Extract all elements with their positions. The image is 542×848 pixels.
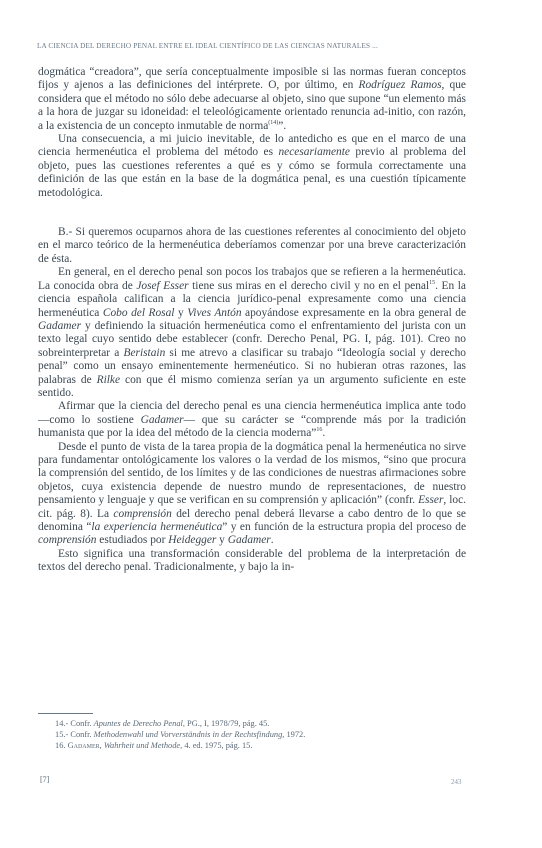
footnotes: 14.- Confr. Apuntes de Derecho Penal, PG… bbox=[55, 718, 435, 751]
author-name: Beristain bbox=[124, 347, 166, 359]
author-name: Gadamer bbox=[65, 741, 99, 750]
text: apoyándose expresamente en la obra gener… bbox=[242, 307, 466, 319]
text: Confr. bbox=[68, 730, 93, 739]
emphasis: comprensión bbox=[113, 508, 171, 520]
author-name: Josef Esser bbox=[136, 280, 188, 292]
work-title: Methodenwahl und Vorverständnis in der R… bbox=[94, 730, 283, 739]
paragraph-6: Desde el punto de vista de la tarea prop… bbox=[38, 441, 466, 548]
author-name: Gadamer bbox=[141, 414, 184, 426]
page-number: 243 bbox=[451, 778, 462, 786]
text: Confr. bbox=[68, 719, 93, 728]
footnote-number: 16. bbox=[55, 741, 65, 750]
text: B.- Si queremos ocuparnos ahora de las c… bbox=[38, 226, 466, 265]
paragraph-1: dogmática “creadora”, que sería conceptu… bbox=[38, 66, 466, 133]
text: estudiados por bbox=[96, 534, 168, 546]
author-name: Gadamer bbox=[228, 534, 271, 546]
work-title: Apuntes de Derecho Penal bbox=[94, 719, 183, 728]
paragraph-5: Afirmar que la ciencia del derecho penal… bbox=[38, 400, 466, 440]
footnote-divider bbox=[38, 713, 93, 714]
author-name: Heidegger bbox=[168, 534, 216, 546]
paragraph-3: B.- Si queremos ocuparnos ahora de las c… bbox=[38, 226, 466, 266]
text: , 1972. bbox=[282, 730, 305, 739]
paragraph-2: Una consecuencia, a mi juicio inevitable… bbox=[38, 133, 466, 200]
text: . bbox=[271, 534, 274, 546]
text: ”. bbox=[278, 120, 286, 132]
text: y bbox=[216, 534, 227, 546]
author-name: Gadamer bbox=[38, 320, 81, 332]
footnote-15: 15.- Confr. Methodenwahl und Vorverständ… bbox=[55, 729, 435, 740]
author-name: Rilke bbox=[97, 374, 120, 386]
emphasis: necesariamente bbox=[278, 146, 349, 158]
text: Esto significa una transformación consid… bbox=[38, 548, 466, 573]
running-header: LA CIENCIA DEL DERECHO PENAL ENTRE EL ID… bbox=[37, 42, 467, 50]
footnote-ref[interactable]: (14) bbox=[268, 120, 278, 126]
text: . bbox=[322, 427, 325, 439]
text: y bbox=[174, 307, 187, 319]
page-mark: [7] bbox=[40, 775, 49, 784]
footnote-number: 14.- bbox=[55, 719, 68, 728]
paragraph-7: Esto significa una transformación consid… bbox=[38, 548, 466, 575]
footnote-number: 15.- bbox=[55, 730, 68, 739]
text: tiene sus miras en el derecho civil y no… bbox=[189, 280, 430, 292]
footnote-16: 16. Gadamer, Wahrheit und Methode, 4. ed… bbox=[55, 740, 435, 751]
text: , PG., I, 1978/79, pág. 45. bbox=[183, 719, 270, 728]
text: ” y en función de la estructura propia d… bbox=[222, 521, 466, 533]
footnote-14: 14.- Confr. Apuntes de Derecho Penal, PG… bbox=[55, 718, 435, 729]
work-title: Wahrheit und Methode bbox=[104, 741, 180, 750]
body-text: dogmática “creadora”, que sería conceptu… bbox=[38, 66, 466, 575]
emphasis: la experiencia hermenéutica bbox=[91, 521, 222, 533]
text: , 4. ed. 1975, pág. 15. bbox=[180, 741, 252, 750]
paragraph-4: En general, en el derecho penal son poco… bbox=[38, 266, 466, 400]
emphasis: comprensión bbox=[38, 534, 96, 546]
text: Desde el punto de vista de la tarea prop… bbox=[38, 441, 466, 507]
author-name: Cobo del Rosal bbox=[103, 307, 175, 319]
author-name: Esser bbox=[418, 494, 443, 506]
author-name: Rodríguez Ramos bbox=[359, 79, 442, 91]
author-name: Vives Antón bbox=[187, 307, 241, 319]
section-gap bbox=[38, 200, 466, 226]
